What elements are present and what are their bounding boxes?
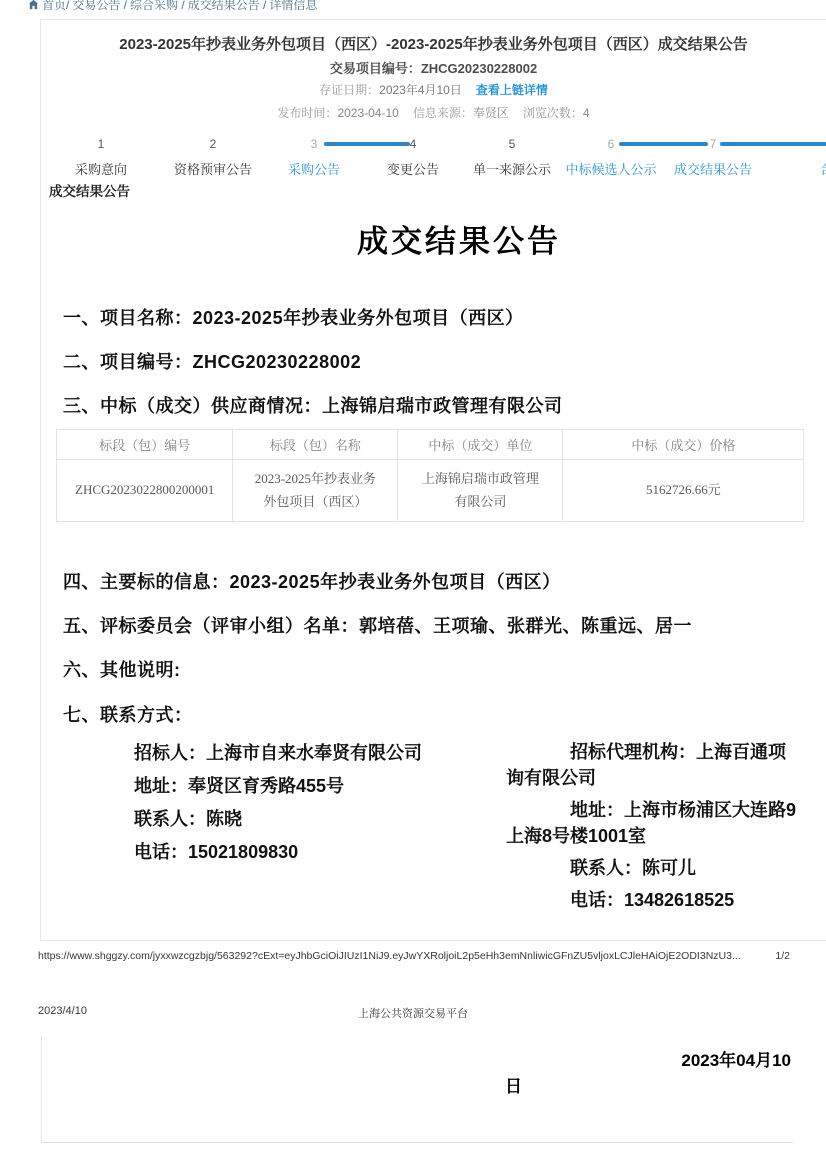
step-label[interactable]: 采购公告 [259,159,369,178]
section-evaluation-committee: 五、评标委员会（评审小组）名单：郭培蓓、王项瑜、张群光、陈重远、居一 [63,612,692,638]
step-result-notice[interactable]: 7 成交结果公告 [658,136,768,178]
bid-result-table: 标段（包）编号 标段（包）名称 中标（成交）单位 中标（成交）价格 ZHCG20… [56,429,804,522]
agency-address-line2: 上海8号楼1001室 [506,822,646,848]
col-header-winning-price: 中标（成交）价格 [563,430,804,460]
tenderer-phone-line: 电话：15021809830 [134,838,298,864]
step-label: 变更公告 [358,159,468,178]
step-number: 7 [658,136,768,152]
step-number: 5 [457,136,567,152]
cell-winning-unit: 上海锦启瑞市政管理有限公司 [398,460,563,522]
step-label: 采购意向 [46,159,156,178]
agency-name-line1: 招标代理机构：上海百通项 [506,738,786,764]
step-number: 2 [158,136,268,152]
home-icon [28,0,39,10]
agency-name-line2: 询有限公司 [506,764,596,790]
step-number: 4 [358,136,468,152]
tenderer-contact-person-line: 联系人：陈晓 [134,805,242,831]
step-number: 6 [556,136,666,152]
process-stepper: 1 采购意向 2 资格预审公告 3 采购公告 4 变更公告 5 单一来源公示 6… [41,20,826,200]
page-number: 1/2 [775,950,790,962]
announcement-card: 2023-2025年抄表业务外包项目（西区）-2023-2025年抄表业务外包项… [40,19,826,941]
step-single-source-notice: 5 单一来源公示 [457,136,567,178]
signature-date-line1: 2023年04月10 [681,1046,791,1071]
print-preview-page: 首页/ 交易公告 / 综合采购 / 成交结果公告 / 详情信息 2023-202… [0,0,826,1156]
col-header-winning-unit: 中标（成交）单位 [398,430,563,460]
breadcrumb-detail: 详情信息 [269,0,317,13]
announcement-card-page2: 2023年04月10 日 [41,1036,793,1143]
site-name: 上海公共资源交易平台 [0,1005,826,1021]
announcement-title: 成交结果公告 [41,216,826,261]
step-label: 单一来源公示 [457,159,567,178]
section-project-name: 一、项目名称：2023-2025年抄表业务外包项目（西区） [63,304,524,330]
section-other-notes: 六、其他说明: [63,656,181,682]
step-label-clipped: 合同公告 [820,159,826,178]
table-row: ZHCG2023022800200001 2023-2025年抄表业务外包项目（… [57,460,804,522]
signature-date-line2: 日 [505,1072,522,1097]
breadcrumb-comprehensive-procurement[interactable]: 综合采购 / [130,0,185,13]
breadcrumb-home[interactable]: 首页/ [42,0,69,13]
table-header-row: 标段（包）编号 标段（包）名称 中标（成交）单位 中标（成交）价格 [57,430,804,460]
step-number: 3 [259,136,369,152]
step-label: 资格预审公告 [158,159,268,178]
source-url: https://www.shggzy.com/jyxxwzcgzbjg/5632… [38,950,741,962]
breadcrumb-result-notice[interactable]: 成交结果公告 / [188,0,267,13]
cell-package-number: ZHCG2023022800200001 [57,460,233,522]
step-purchase-intent: 1 采购意向 [46,136,156,178]
section-project-number: 二、项目编号：ZHCG20230228002 [63,348,361,374]
breadcrumb: 首页/ 交易公告 / 综合采购 / 成交结果公告 / 详情信息 [28,0,317,13]
cell-package-name: 2023-2025年抄表业务外包项目（西区） [233,460,398,522]
agency-address-line1: 地址：上海市杨浦区大连路9 [506,796,796,822]
step-label[interactable]: 中标候选人公示 [556,159,666,178]
section-subject-info: 四、主要标的信息：2023-2025年抄表业务外包项目（西区） [63,568,561,594]
col-header-package-name: 标段（包）名称 [233,430,398,460]
cell-winning-price: 5162726.66元 [563,460,804,522]
agency-contact-person-line: 联系人：陈可儿 [506,854,696,880]
step-number: 1 [46,136,156,152]
step-prequalification-notice: 2 资格预审公告 [158,136,268,178]
agency-phone-line: 电话：13482618525 [506,886,734,912]
step-procurement-notice[interactable]: 3 采购公告 [259,136,369,178]
section-winning-supplier: 三、中标（成交）供应商情况：上海锦启瑞市政管理有限公司 [63,392,563,418]
tenderer-line: 招标人：上海市自来水奉贤有限公司 [134,739,422,765]
tenderer-address-line: 地址：奉贤区育秀路455号 [134,772,344,798]
print-footer: https://www.shggzy.com/jyxxwzcgzbjg/5632… [0,950,826,962]
section-contact-info: 七、联系方式： [63,701,193,727]
col-header-package-number: 标段（包）编号 [57,430,233,460]
current-section-label: 成交结果公告 [49,180,130,200]
step-label[interactable]: 成交结果公告 [658,159,768,178]
step-change-notice: 4 变更公告 [358,136,468,178]
step-candidate-notice[interactable]: 6 中标候选人公示 [556,136,666,178]
breadcrumb-trade-notices[interactable]: 交易公告 / [72,0,127,13]
